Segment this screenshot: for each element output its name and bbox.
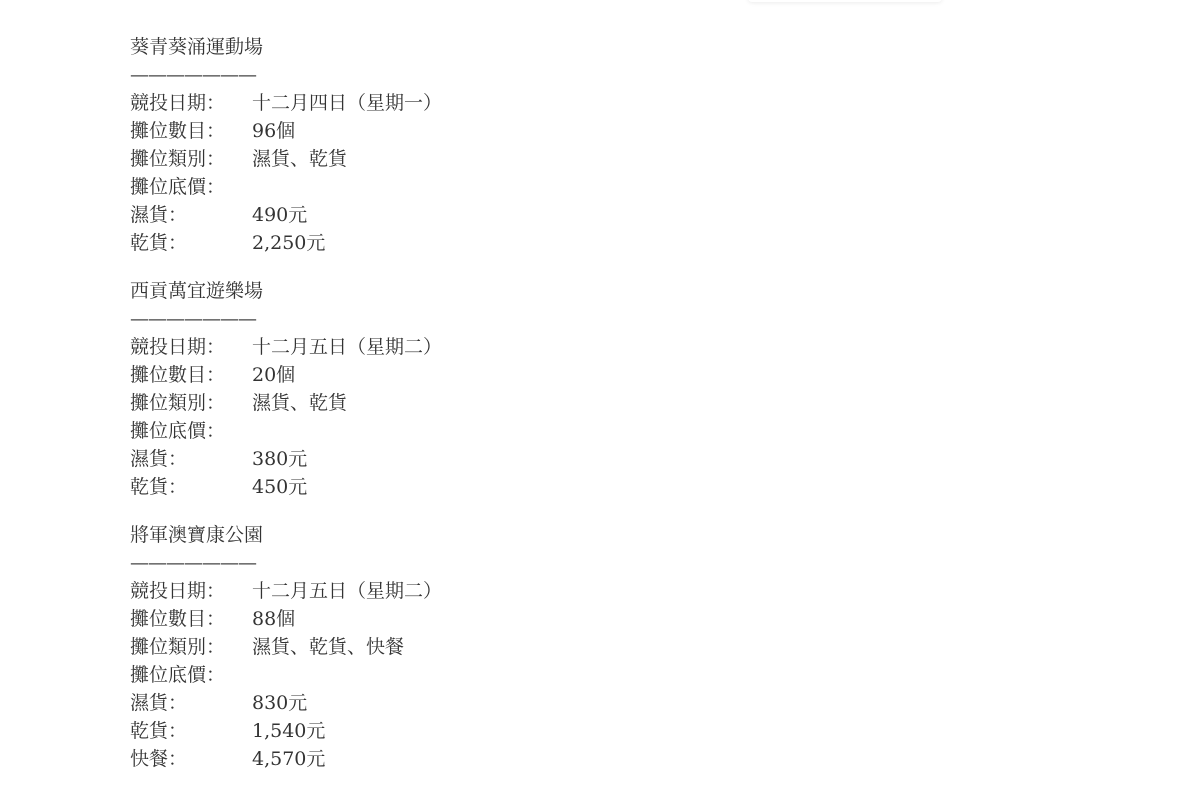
venue-list: 葵青葵涌運動場 ——————— 競投日期：十二月四日（星期一） 攤位數目：96個… [130,33,730,793]
top-cutoff-box [748,0,942,2]
row-label: 乾貨： [130,229,252,257]
info-row: 濕貨：380元 [130,445,730,473]
row-value: 96個 [252,117,295,145]
row-label: 競投日期： [130,577,252,605]
info-row: 攤位類別：濕貨、乾貨 [130,145,730,173]
row-label: 競投日期： [130,333,252,361]
row-value: 濕貨、乾貨 [252,145,347,173]
row-value: 20個 [252,361,295,389]
row-label: 乾貨： [130,717,252,745]
row-label: 攤位底價： [130,661,252,689]
row-label: 競投日期： [130,89,252,117]
venue-section: 葵青葵涌運動場 ——————— 競投日期：十二月四日（星期一） 攤位數目：96個… [130,33,730,257]
row-value: 2,250元 [252,229,325,257]
row-label: 攤位數目： [130,605,252,633]
info-row: 攤位底價： [130,417,730,445]
info-row: 濕貨：830元 [130,689,730,717]
row-value: 十二月四日（星期一） [252,89,442,117]
row-label: 攤位數目： [130,117,252,145]
info-row: 乾貨：450元 [130,473,730,501]
row-label: 濕貨： [130,689,252,717]
row-value: 4,570元 [252,745,325,773]
info-row: 攤位數目：88個 [130,605,730,633]
info-row: 快餐：4,570元 [130,745,730,773]
row-label: 攤位底價： [130,417,252,445]
venue-name: 將軍澳寶康公園 [130,521,730,549]
row-label: 濕貨： [130,445,252,473]
row-value: 十二月五日（星期二） [252,577,442,605]
info-row: 乾貨：2,250元 [130,229,730,257]
venue-divider: ——————— [130,61,730,89]
row-value: 490元 [252,201,307,229]
row-label: 攤位類別： [130,145,252,173]
row-value: 450元 [252,473,307,501]
info-row: 攤位底價： [130,661,730,689]
venue-divider: ——————— [130,549,730,577]
row-label: 攤位底價： [130,173,252,201]
venue-name: 西貢萬宜遊樂場 [130,277,730,305]
info-row: 競投日期：十二月四日（星期一） [130,89,730,117]
info-row: 攤位數目：20個 [130,361,730,389]
info-row: 濕貨：490元 [130,201,730,229]
venue-divider: ——————— [130,305,730,333]
venue-name: 葵青葵涌運動場 [130,33,730,61]
row-value: 830元 [252,689,307,717]
row-label: 攤位數目： [130,361,252,389]
row-value: 380元 [252,445,307,473]
row-label: 快餐： [130,745,252,773]
info-row: 攤位類別：濕貨、乾貨 [130,389,730,417]
row-value: 濕貨、乾貨 [252,389,347,417]
info-row: 乾貨：1,540元 [130,717,730,745]
row-label: 攤位類別： [130,389,252,417]
row-label: 乾貨： [130,473,252,501]
row-value: 88個 [252,605,295,633]
row-value: 十二月五日（星期二） [252,333,442,361]
info-row: 攤位底價： [130,173,730,201]
info-row: 競投日期：十二月五日（星期二） [130,577,730,605]
venue-section: 將軍澳寶康公園 ——————— 競投日期：十二月五日（星期二） 攤位數目：88個… [130,521,730,773]
venue-section: 西貢萬宜遊樂場 ——————— 競投日期：十二月五日（星期二） 攤位數目：20個… [130,277,730,501]
row-value: 濕貨、乾貨、快餐 [252,633,404,661]
info-row: 攤位類別：濕貨、乾貨、快餐 [130,633,730,661]
info-row: 競投日期：十二月五日（星期二） [130,333,730,361]
row-label: 濕貨： [130,201,252,229]
row-label: 攤位類別： [130,633,252,661]
info-row: 攤位數目：96個 [130,117,730,145]
row-value: 1,540元 [252,717,325,745]
